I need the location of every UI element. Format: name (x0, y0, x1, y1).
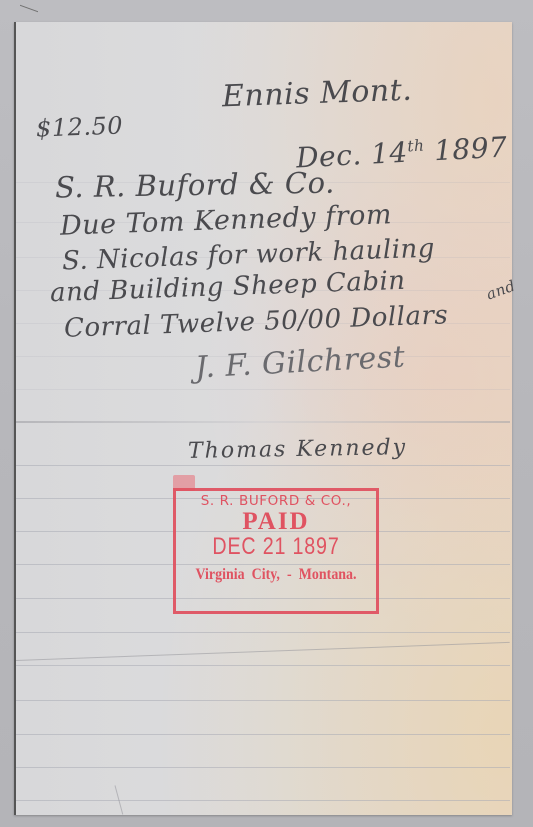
ruled-line (16, 465, 510, 466)
paid-stamp: S. R. BUFORD & CO., PAID DEC 21 1897 Vir… (173, 488, 379, 614)
stamp-date: DEC 21 1897 (194, 534, 358, 560)
stamp-city: Virginia City, (195, 566, 279, 583)
ruled-line (16, 665, 510, 666)
date-year: 1897 (433, 130, 508, 167)
endorsement-signature: Thomas Kennedy (188, 435, 407, 464)
ruled-line (16, 767, 510, 768)
ruled-line (16, 389, 510, 390)
amount: $12.50 (36, 111, 124, 142)
ruled-line (16, 800, 510, 801)
ruled-line (16, 632, 510, 633)
stamp-location: Virginia City, - Montana. (186, 566, 366, 584)
ruled-line (16, 700, 510, 701)
addressee: S. R. Buford & Co. (55, 166, 335, 205)
ruled-line (16, 734, 510, 735)
fold-line (16, 421, 510, 423)
stamp-separator: - (287, 566, 292, 583)
stamp-status: PAID (176, 510, 376, 534)
stamp-state: Montana. (299, 566, 357, 583)
stamp-company: S. R. BUFORD & CO., (176, 493, 376, 509)
place-heading: Ennis Mont. (221, 73, 412, 115)
date-suffix: th (407, 136, 425, 155)
